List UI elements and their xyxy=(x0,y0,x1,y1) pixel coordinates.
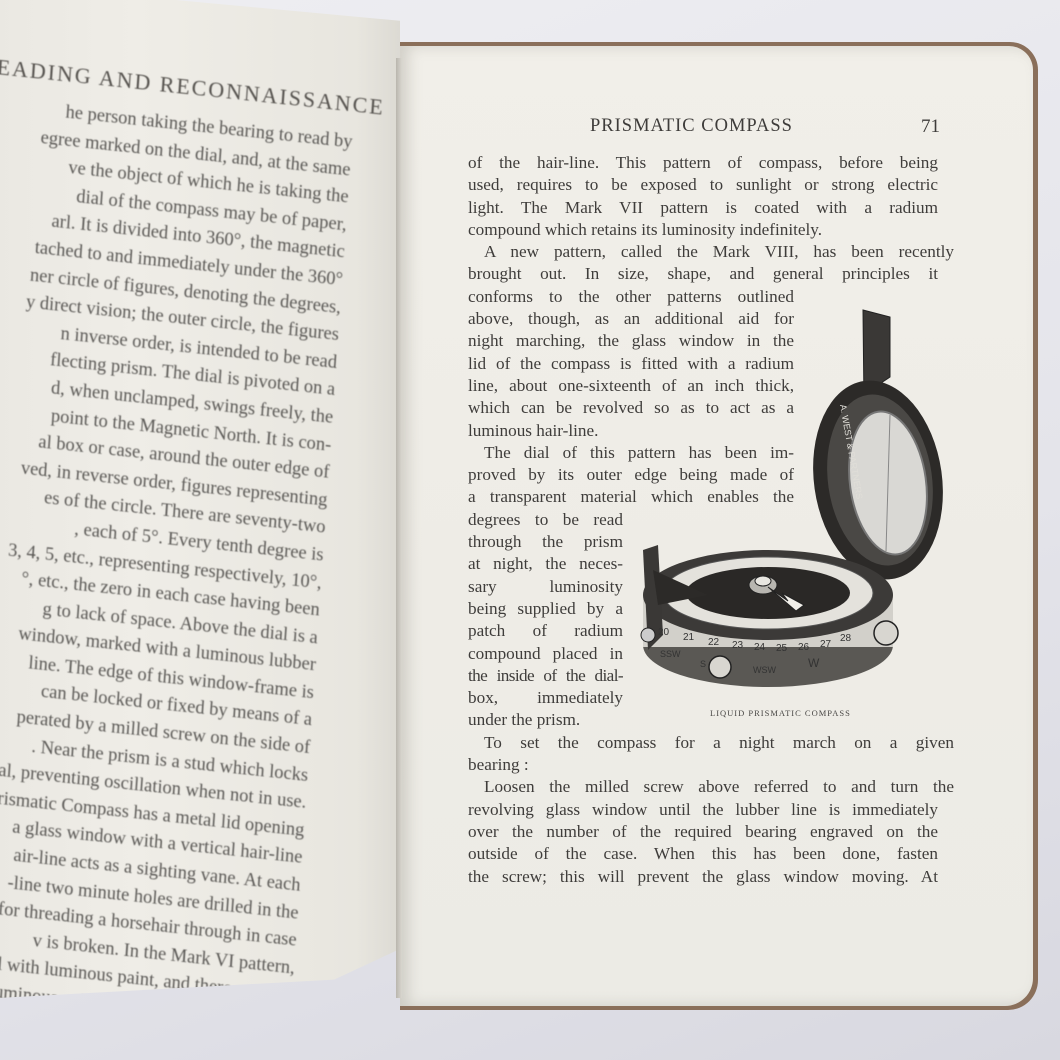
svg-text:20: 20 xyxy=(658,627,670,638)
page-number: 71 xyxy=(921,116,940,138)
svg-text:22: 22 xyxy=(708,637,720,648)
paragraph-5: Loosen the milled screw above referred t… xyxy=(468,776,938,887)
text-line: To set the compass for a night march on … xyxy=(468,732,954,754)
left-page: EADING AND RECONNAISSANCE he person taki… xyxy=(0,0,400,1000)
svg-text:SSW: SSW xyxy=(660,649,681,659)
text-line: of the hair-line. This pattern of compas… xyxy=(468,152,938,174)
svg-text:28: 28 xyxy=(840,633,852,644)
svg-text:S: S xyxy=(700,659,706,669)
svg-text:21: 21 xyxy=(683,632,695,643)
text-line: used, requires to be exposed to sunlight… xyxy=(468,174,938,196)
svg-text:24: 24 xyxy=(754,642,766,653)
text-line: being supplied by a xyxy=(468,598,623,620)
svg-text:27: 27 xyxy=(820,639,832,650)
svg-text:23: 23 xyxy=(732,640,744,651)
text-line: the screw; this will prevent the glass w… xyxy=(468,866,938,888)
open-book: EADING AND RECONNAISSANCE he person taki… xyxy=(0,0,1060,1060)
right-page-header: PRISMATIC COMPASS 71 xyxy=(400,116,940,140)
text-line: A new pattern, called the Mark VIII, has… xyxy=(468,241,954,263)
paragraph-4: To set the compass for a night march on … xyxy=(468,732,938,777)
text-line: sary luminosity xyxy=(468,576,623,598)
figure-caption: LIQUID PRISMATIC COMPASS xyxy=(710,708,851,718)
text-line: compound placed in xyxy=(468,643,623,665)
text-line: outside of the case. When this has been … xyxy=(468,843,938,865)
text-line: over the number of the required bearing … xyxy=(468,821,938,843)
left-page-body: he person taking the bearing to read bye… xyxy=(0,88,353,1000)
svg-text:W: W xyxy=(808,656,820,670)
svg-text:25: 25 xyxy=(776,643,788,654)
svg-text:WSW: WSW xyxy=(753,665,776,675)
text-line: the inside of the dial- xyxy=(468,665,623,687)
text-line: light. The Mark VII pattern is coated wi… xyxy=(468,197,938,219)
text-line: box, immediately xyxy=(468,687,623,709)
prismatic-compass-icon: A. WEST & PARTNERS 20 21 22 23 24 xyxy=(628,305,948,725)
text-line: revolving glass window until the lubber … xyxy=(468,799,938,821)
left-page-text: EADING AND RECONNAISSANCE he person taki… xyxy=(0,20,358,1000)
text-line: through the prism xyxy=(468,531,623,553)
text-line: brought out. In size, shape, and general… xyxy=(468,263,938,285)
text-line: compound which retains its luminosity in… xyxy=(468,219,938,241)
compass-illustration: A. WEST & PARTNERS 20 21 22 23 24 xyxy=(628,305,948,725)
text-line: patch of radium xyxy=(468,620,623,642)
running-title: PRISMATIC COMPASS xyxy=(590,116,793,137)
book-gutter xyxy=(396,58,402,998)
svg-text:26: 26 xyxy=(798,642,810,653)
text-line: Loosen the milled screw above referred t… xyxy=(468,776,954,798)
paragraph-1: of the hair-line. This pattern of compas… xyxy=(468,152,938,241)
text-line: bearing : xyxy=(468,754,938,776)
text-line: degrees to be read xyxy=(468,509,623,531)
text-line: at night, the neces- xyxy=(468,553,623,575)
